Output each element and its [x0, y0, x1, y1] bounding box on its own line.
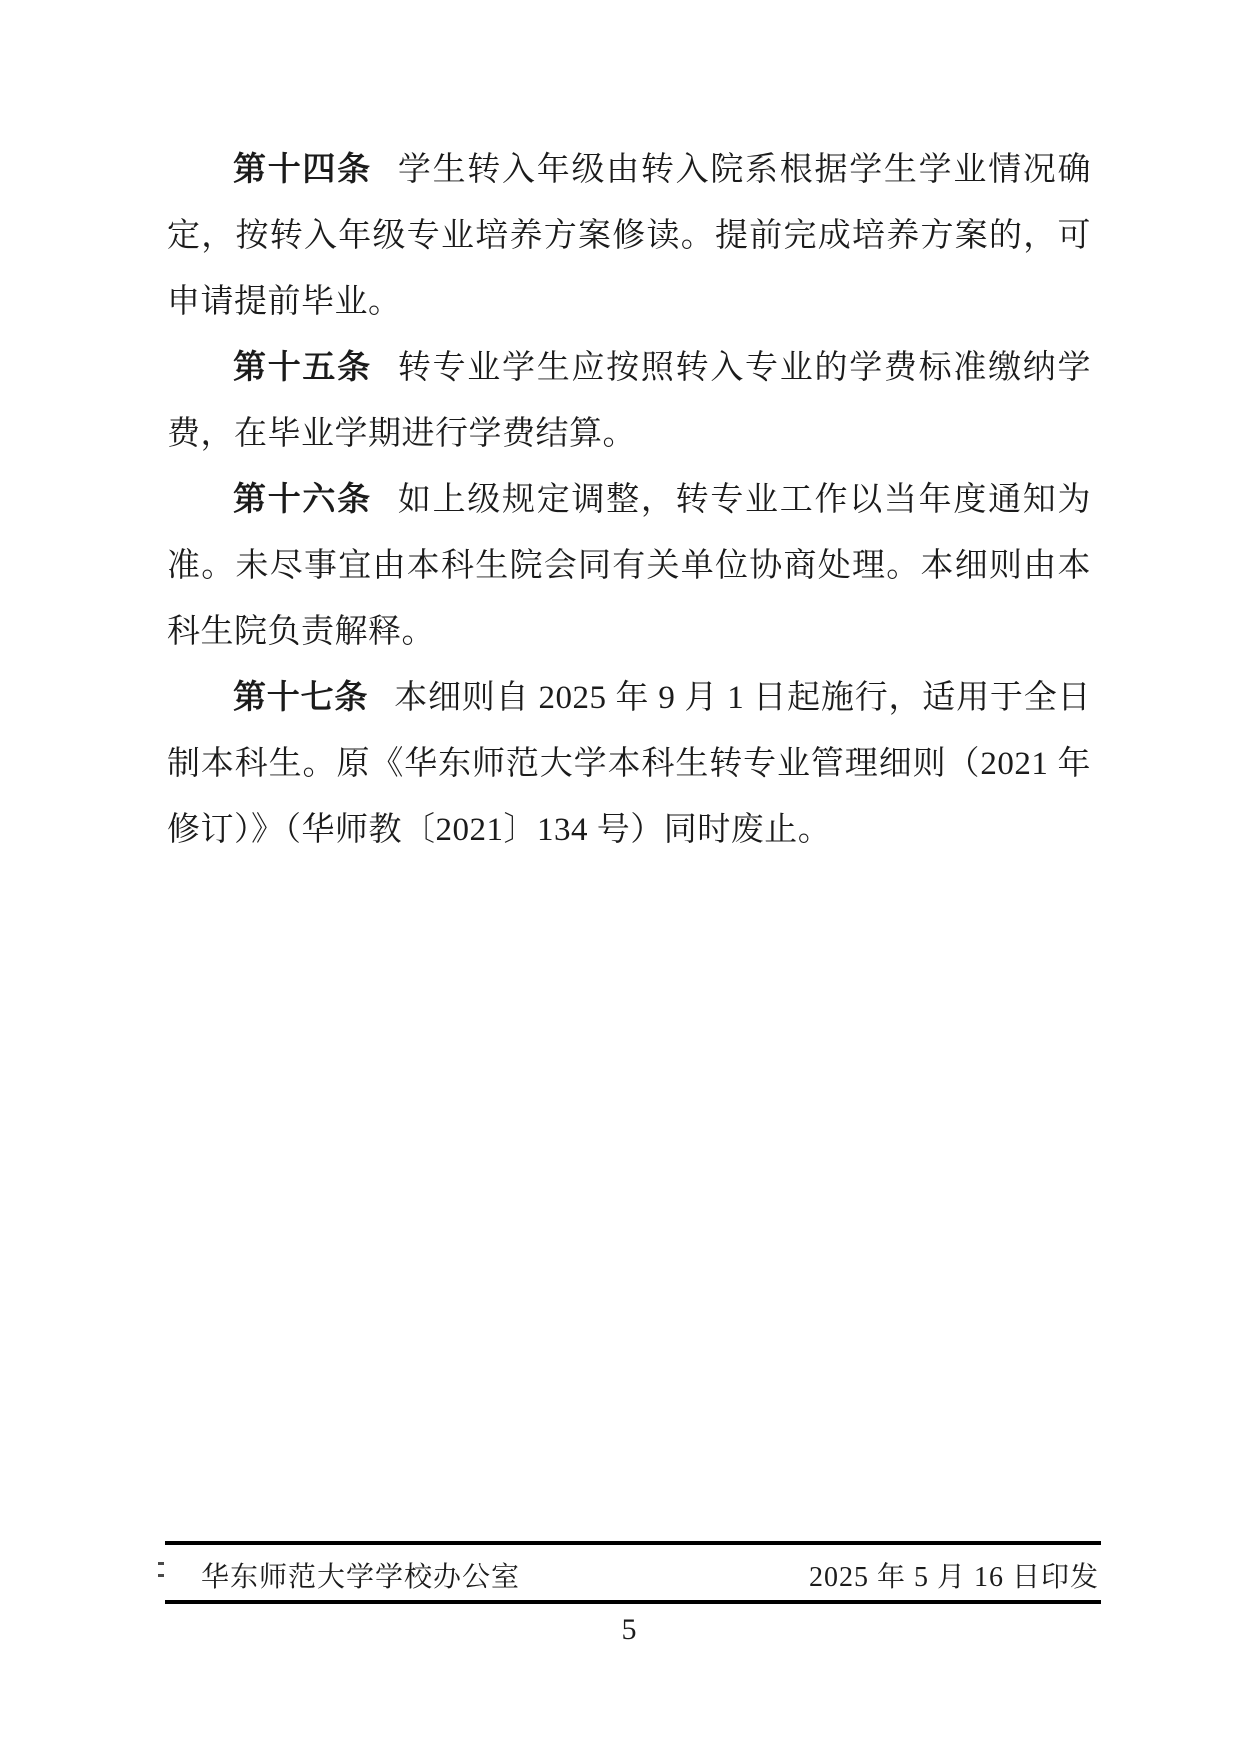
article-number: 第十五条 [233, 350, 372, 386]
article-number: 第十六条 [233, 482, 372, 518]
issuing-office-label: 华东师范大学学校办公室 [165, 1555, 520, 1595]
article-number: 第十四条 [233, 152, 372, 188]
page-number: 5 [167, 1613, 1091, 1647]
article-number: 第十七条 [233, 680, 368, 716]
footer-rule-top [165, 1541, 1101, 1545]
footer-rule-bottom [165, 1600, 1101, 1604]
scan-artifact-mark [158, 1560, 165, 1586]
article-paragraph: 第十七条本细则自 2025 年 9 月 1 日起施行，适用于全日制本科生。原《华… [167, 665, 1091, 863]
article-paragraph: 第十六条如上级规定调整，转专业工作以当年度通知为准。未尽事宜由本科生院会同有关单… [167, 467, 1091, 665]
document-body: 第十四条学生转入年级由转入院系根据学生学业情况确定，按转入年级专业培养方案修读。… [167, 137, 1091, 863]
article-paragraph: 第十五条转专业学生应按照转入专业的学费标准缴纳学费，在毕业学期进行学费结算。 [167, 335, 1091, 467]
document-page: 第十四条学生转入年级由转入院系根据学生学业情况确定，按转入年级专业培养方案修读。… [0, 0, 1240, 1753]
colophon-row: 华东师范大学学校办公室 2025 年 5 月 16 日印发 [165, 1553, 1101, 1597]
issue-date-label: 2025 年 5 月 16 日印发 [809, 1555, 1101, 1595]
article-paragraph: 第十四条学生转入年级由转入院系根据学生学业情况确定，按转入年级专业培养方案修读。… [167, 137, 1091, 335]
